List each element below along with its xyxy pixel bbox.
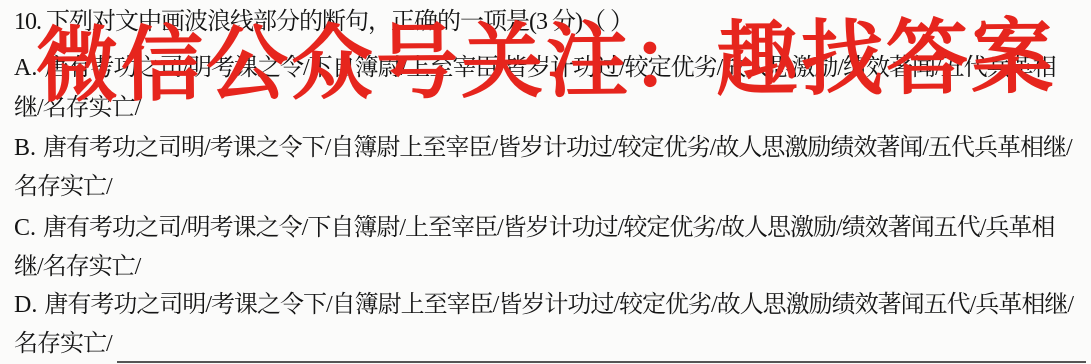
watermark-text: 微信公众号关注：趣找答案 <box>36 17 1057 108</box>
option-d-line-2: 名存实亡/ <box>14 329 112 359</box>
option-c-text: 唐有考功之司/明考课之令/下自簿尉/上至宰臣/皆岁计功过/较定优劣/故人思激励/… <box>43 215 1054 241</box>
option-b-text: 唐有考功之司明/考课之令下/自簿尉上至宰臣/皆岁计功过/较定优劣/故人思激励绩效… <box>43 135 1072 161</box>
bottom-rule <box>117 361 1086 363</box>
option-d-text: 唐有考功之司明/考课之令下/自簿尉上至宰臣/皆岁计功过/较定优劣/故人思激励绩效… <box>44 292 1073 318</box>
option-c-label: C. <box>14 215 36 241</box>
option-c-line-2: 继/名存实亡/ <box>14 252 140 282</box>
option-c-line-1: C.唐有考功之司/明考课之令/下自簿尉/上至宰臣/皆岁计功过/较定优劣/故人思激… <box>14 213 1054 243</box>
option-a-label: A. <box>14 55 37 81</box>
option-b-line-2: 名存实亡/ <box>14 172 112 202</box>
option-d-line-1: D.唐有考功之司明/考课之令下/自簿尉上至宰臣/皆岁计功过/较定优劣/故人思激励… <box>14 290 1073 320</box>
option-b-label: B. <box>14 135 36 161</box>
option-d-label: D. <box>14 292 37 318</box>
exam-page-scan: 10. 下列对文中画波浪线部分的断句，正确的一项是(3 分)（ ） A.唐有考功… <box>0 0 1091 364</box>
option-b-line-1: B.唐有考功之司明/考课之令下/自簿尉上至宰臣/皆岁计功过/较定优劣/故人思激励… <box>14 133 1072 163</box>
